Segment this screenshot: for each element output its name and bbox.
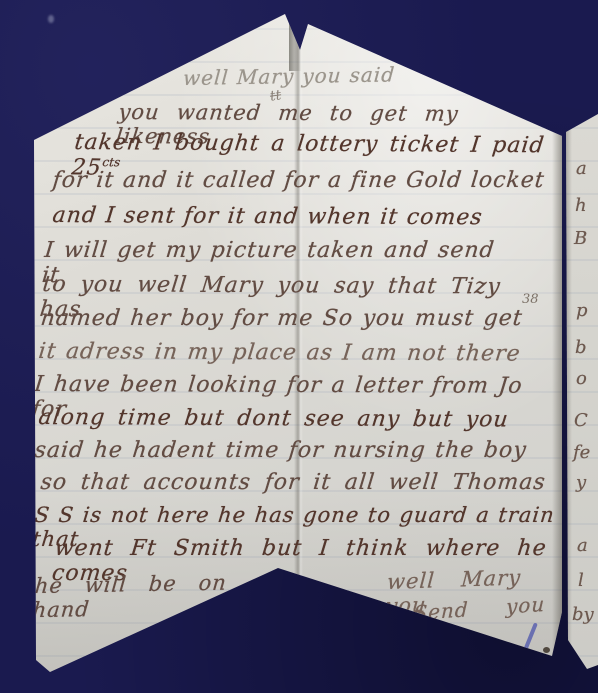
handwriting-line: named her boy for me So you must get <box>39 306 524 331</box>
letter-page-1: well Mary you said tt you wanted me to g… <box>0 0 598 693</box>
handwriting-fragment: y <box>576 472 586 493</box>
handwriting-line: he will be on hand <box>32 571 228 622</box>
handwriting-fragment: B <box>574 228 587 249</box>
handwriting-fragment: o <box>576 368 587 389</box>
right-fold-shadow <box>552 130 562 655</box>
inline-number-annotation: 38 <box>522 292 539 307</box>
handwriting-fragment: a <box>577 535 588 556</box>
handwriting-line: it adress in my place as I am not there <box>37 339 522 367</box>
handwriting-line: so that accounts for it all well Thomas <box>39 470 547 495</box>
handwriting-fragment: C <box>574 410 588 431</box>
handwriting-line: and I sent for it and when it comes <box>51 203 484 230</box>
handwriting-fragment: l <box>578 570 584 591</box>
handwriting-fragment: p <box>576 300 588 321</box>
handwriting-fragment: h <box>575 195 587 216</box>
handwriting-line: along time but dont see any but you <box>37 405 510 432</box>
handwriting-line: well Mary you said <box>182 62 396 90</box>
handwriting-fragment: b <box>575 337 587 358</box>
handwriting-line: said he hadent time for nursing the boy <box>33 438 528 463</box>
fabric-lint-speck <box>48 15 54 23</box>
handwriting-fragment: fe <box>573 442 590 463</box>
ink-blotch <box>543 647 550 653</box>
handwriting-fragment: a <box>576 158 587 179</box>
handwriting-fragment: by <box>572 604 594 625</box>
top-slit-shadow <box>289 16 307 71</box>
handwriting-line: for it and it called for a fine Gold loc… <box>51 168 546 193</box>
letter-photograph: a h B p b o C fe y a l by well Mary you … <box>0 0 598 693</box>
page-2-fold-edge <box>566 120 572 660</box>
